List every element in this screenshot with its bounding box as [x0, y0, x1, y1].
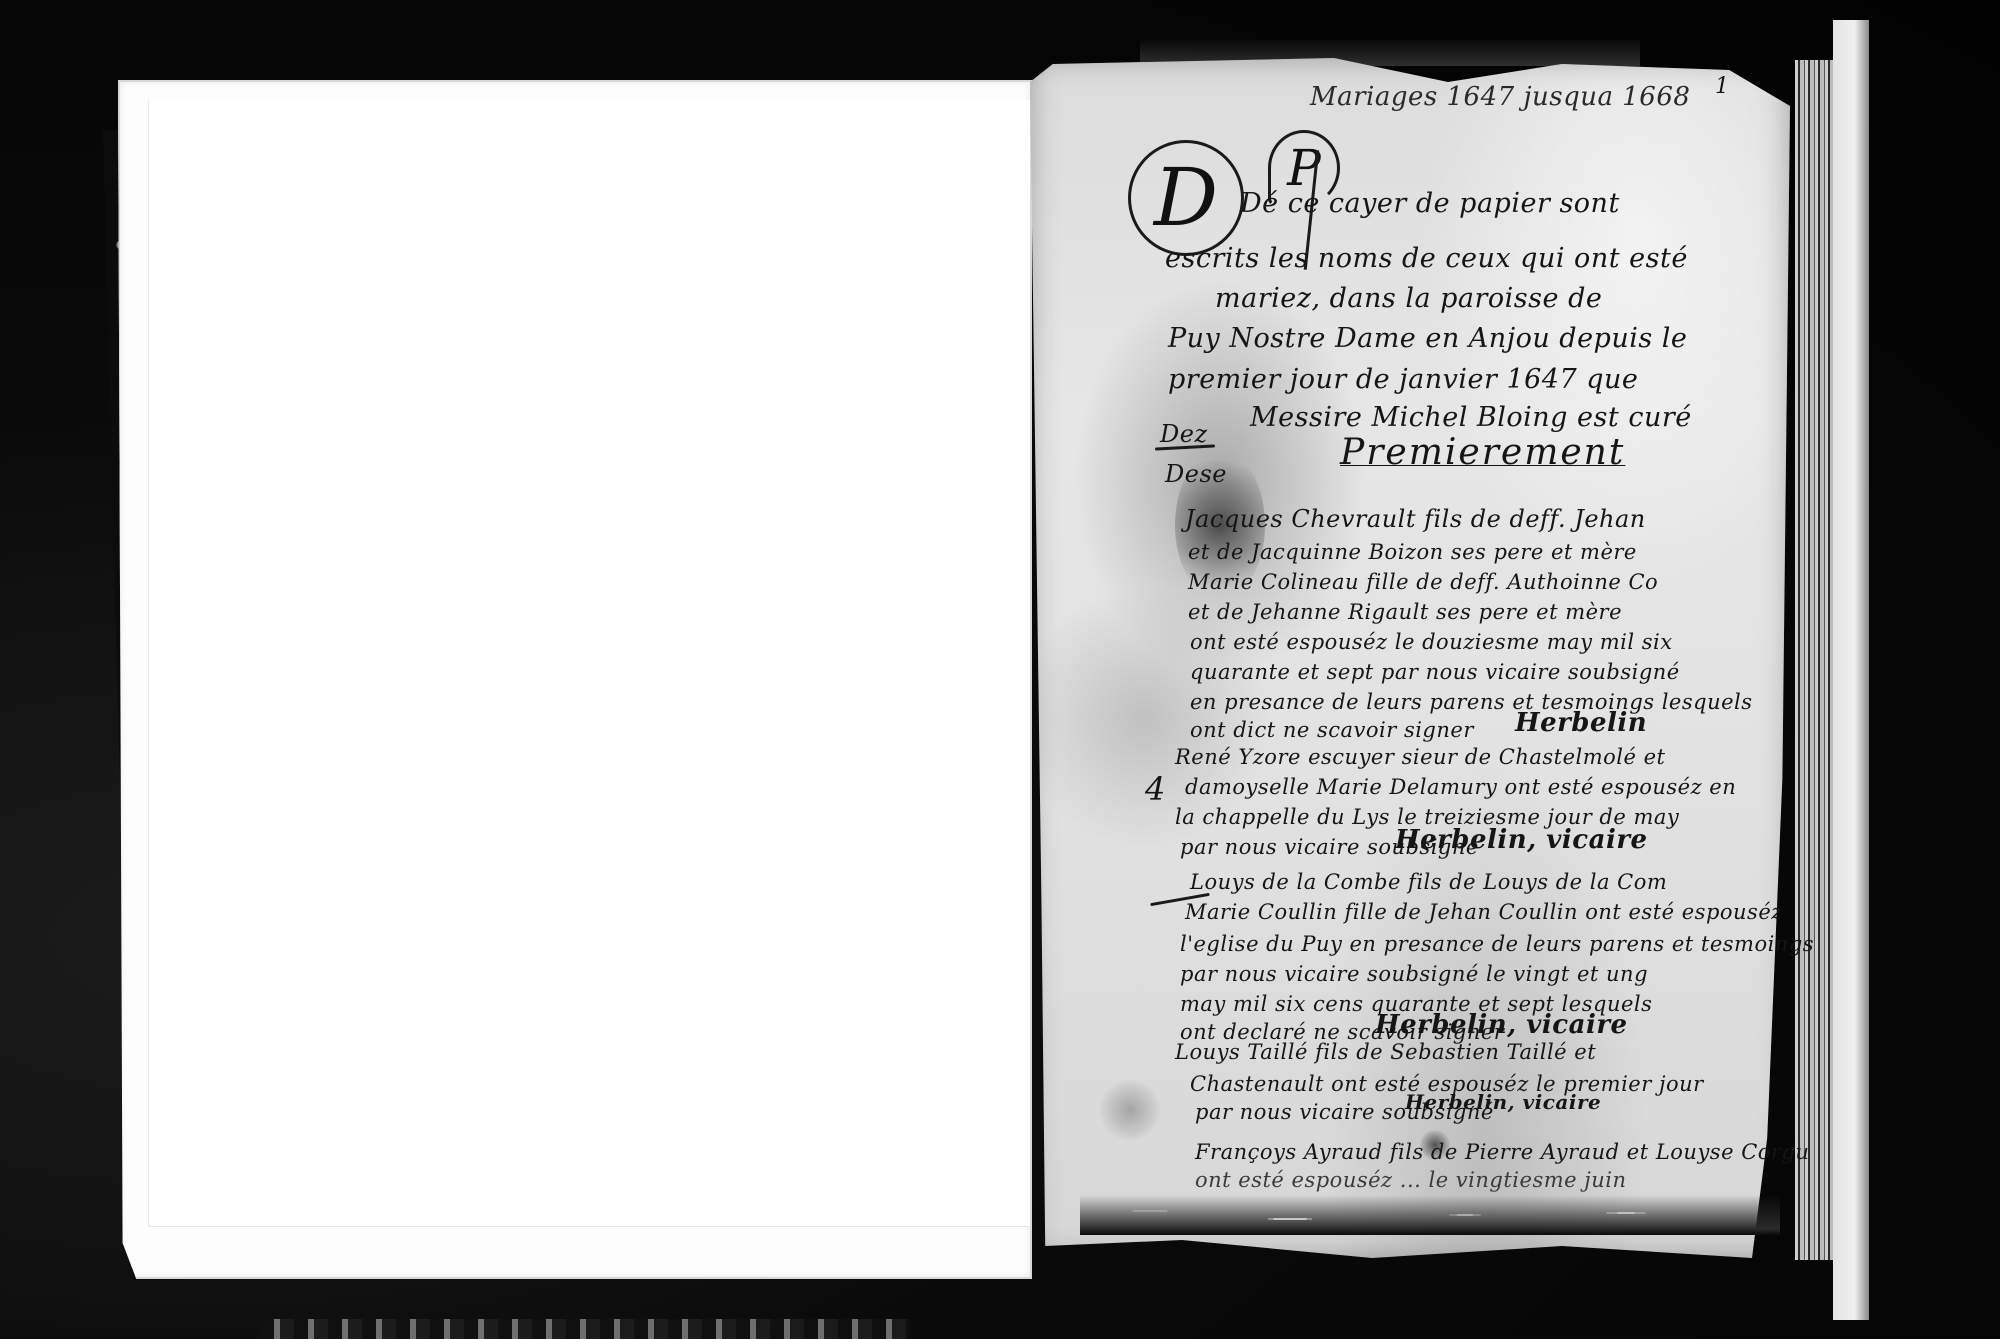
intro-line: Dé ce cayer de papier sont: [1240, 188, 1620, 219]
ink-stain: [1100, 1080, 1160, 1140]
entry-2-line: René Yzore escuyer sieur de Chastelmolé …: [1175, 745, 1666, 769]
page-stack-edge: [1795, 60, 1833, 1260]
intro-line: escrits les noms de ceux qui ont esté: [1165, 243, 1688, 274]
entry-1-line: et de Jehanne Rigault ses pere et mère: [1188, 600, 1622, 624]
intro-line: mariez, dans la paroisse de: [1215, 283, 1602, 314]
marbled-cover-bottom-edge: [260, 1319, 910, 1339]
torn-bottom-edge: [1080, 1195, 1780, 1235]
register-header-title: Mariages 1647 jusqua 1668: [1310, 82, 1690, 112]
entry-5-line: ont esté espouséz ... le vingtiesme juin: [1195, 1168, 1627, 1192]
scanned-register-spread: Mariages 1647 jusqua 1668 1 D P Dé ce ca…: [0, 0, 2000, 1339]
entry-1-line: ont esté espouséz le douziesme may mil s…: [1190, 630, 1673, 654]
decorated-initial-d: D: [1128, 140, 1244, 256]
entry-3-line: par nous vicaire soubsigné le vingt et u…: [1180, 962, 1648, 986]
entry-1-line: Marie Colineau fille de deff. Authoinne …: [1188, 570, 1658, 594]
entry-1-line: ont dict ne scavoir signer: [1190, 718, 1474, 742]
entry-1-line: quarante et sept par nous vicaire soubsi…: [1190, 660, 1680, 684]
entry-3-line: Louys de la Combe fils de Louys de la Co…: [1190, 870, 1667, 894]
entry-1-signature: Herbelin: [1515, 708, 1647, 738]
register-header-mark: 1: [1715, 74, 1730, 99]
entry-2-margin-number: 4: [1145, 770, 1166, 808]
entry-2-signature: Herbelin, vicaire: [1395, 825, 1648, 855]
entry-3-line: Marie Coullin fille de Jehan Coullin ont…: [1185, 900, 1783, 924]
intro-line: Messire Michel Bloing est curé: [1250, 402, 1692, 433]
entry-4-line: Louys Taillé fils de Sebastien Taillé et: [1175, 1040, 1596, 1064]
entry-1-line: et de Jacquinne Boizon ses pere et mère: [1188, 540, 1637, 564]
entry-1-line: en presance de leurs parens et tesmoings…: [1190, 690, 1753, 714]
entry-3-signature: Herbelin, vicaire: [1375, 1010, 1628, 1040]
margin-note: Dese: [1165, 460, 1227, 488]
intro-line: premier jour de janvier 1647 que: [1168, 364, 1638, 395]
intro-line: Puy Nostre Dame en Anjou depuis le: [1168, 323, 1687, 354]
entry-4-signature: Herbelin, vicaire: [1405, 1090, 1601, 1114]
left-page-backing-sheet: [148, 100, 1030, 1227]
margin-note: Dez: [1160, 420, 1208, 448]
entry-1-line: Jacques Chevrault fils de deff. Jehan: [1185, 505, 1646, 533]
right-cover-board: [1833, 20, 1869, 1320]
entry-5-line: Françoys Ayraud fils de Pierre Ayraud et…: [1195, 1140, 1809, 1164]
section-heading: Premierement: [1340, 432, 1625, 473]
entry-2-line: damoyselle Marie Delamury ont esté espou…: [1185, 775, 1736, 799]
entry-3-line: l'eglise du Puy en presance de leurs par…: [1180, 932, 1814, 956]
left-page-blank: [118, 80, 1032, 1279]
